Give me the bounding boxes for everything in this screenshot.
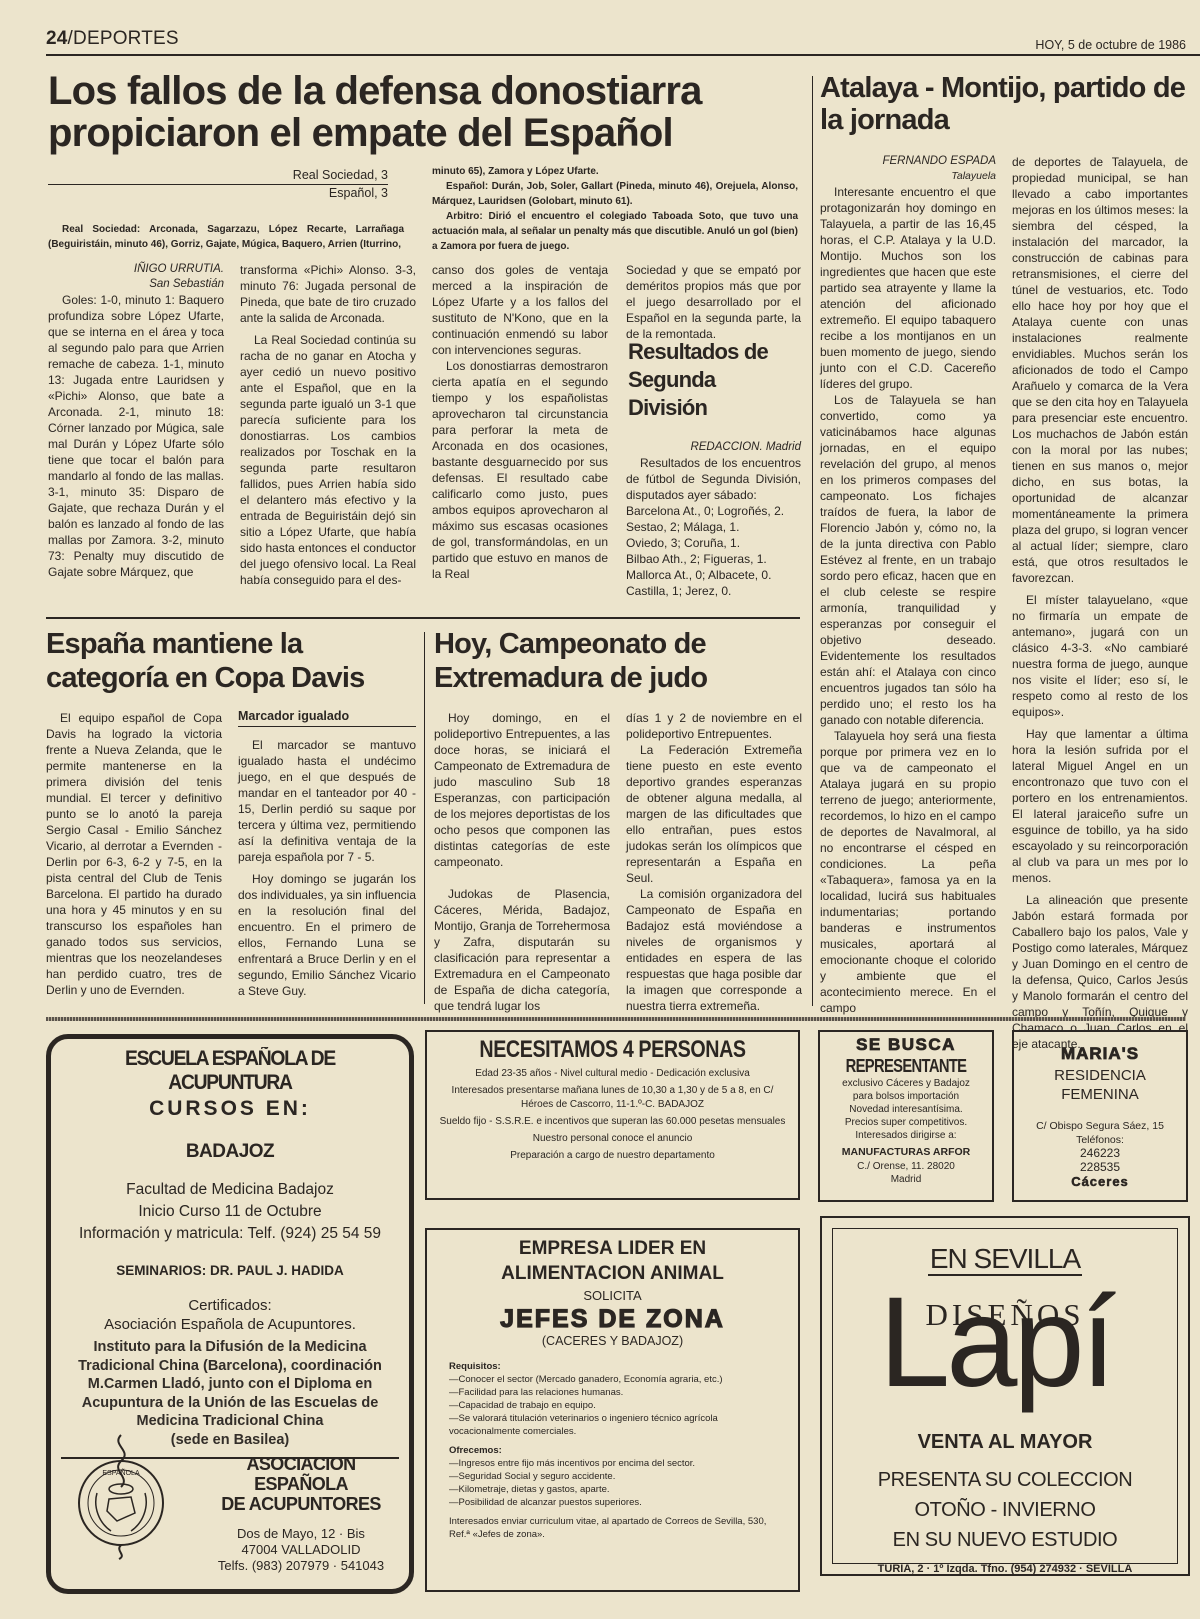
result-item: Barcelona At., 0; Logroñés, 2. xyxy=(626,503,801,519)
ad-marias: MARIA'S RESIDENCIA FEMENINA C/ Obispo Se… xyxy=(1012,1030,1188,1202)
atalaya-headline: Atalaya - Montijo, partido de la jornada xyxy=(820,72,1200,137)
ad-empresa-contacto: Interesados enviar curriculum vitae, al … xyxy=(449,1515,786,1541)
judo-headline: Hoy, Campeonato de Extremadura de judo xyxy=(434,628,794,696)
results-list: Barcelona At., 0; Logroñés, 2. Sestao, 2… xyxy=(626,503,801,599)
score-away: Español, 3 xyxy=(48,184,388,202)
page-section-header: 24/DEPORTES xyxy=(46,28,179,50)
atalaya-byline-place: Talayuela xyxy=(820,169,996,184)
date-line: HOY, 5 de octubre de 1986 xyxy=(1035,38,1186,52)
ad-acup-phones: Telfs. (983) 207979 · 541043 xyxy=(201,1558,401,1574)
ad-acup-subtitle: CURSOS EN: xyxy=(51,1097,409,1121)
ad-lapi-inner-frame: EN SEVILLA Lapí DISEÑOS VENTA AL MAYOR P… xyxy=(832,1228,1178,1564)
association-seal-icon: ESPAÑOLA xyxy=(71,1431,171,1561)
section-rule xyxy=(46,617,800,619)
header-rule xyxy=(46,54,1200,56)
davis-col-2: Marcador igualado El marcador se mantuvo… xyxy=(238,708,416,999)
atalaya-col-2: de deportes de Talayuela, de propiedad m… xyxy=(1012,154,1188,1052)
ad-se-busca: SE BUSCA REPRESENTANTE exclusivo Cáceres… xyxy=(818,1030,994,1202)
byline-name: IÑIGO URRUTIA. xyxy=(48,262,224,277)
judo-col-1: Hoy domingo, en el polideportivo Entrepu… xyxy=(434,710,610,1014)
column-rule xyxy=(812,76,813,1006)
result-item: Mallorca At., 0; Albacete, 0. xyxy=(626,567,801,583)
ads-divider xyxy=(46,1017,1186,1021)
ad-empresa-puesto: JEFES DE ZONA xyxy=(427,1305,798,1334)
main-col-3: canso dos goles de ventaja merced a la i… xyxy=(432,262,608,582)
lineup-block: minuto 65), Zamora y López Ufarte. Españ… xyxy=(432,164,798,254)
ad-acup-phone: Información y matricula: Telf. (924) 25 … xyxy=(51,1223,409,1245)
main-col-2: transforma «Pichi» Alonso. 3-3, minuto 7… xyxy=(240,262,416,588)
ad-nec-title: NECESITAMOS 4 PERSONAS xyxy=(460,1036,764,1064)
ad-acupuntura: ESCUELA ESPAÑOLA DE ACUPUNTURA CURSOS EN… xyxy=(46,1034,414,1594)
ad-disenos-lapi: EN SEVILLA Lapí DISEÑOS VENTA AL MAYOR P… xyxy=(820,1216,1190,1576)
section-name: /DEPORTES xyxy=(68,28,179,49)
atalaya-byline-name: FERNANDO ESPADA xyxy=(820,154,996,169)
davis-headline: España mantiene la categoría en Copa Dav… xyxy=(46,628,416,696)
ad-empresa-jefes-zona: EMPRESA LIDER EN ALIMENTACION ANIMAL SOL… xyxy=(425,1228,800,1592)
resultados-headline: Resultados de Segunda División xyxy=(628,338,798,422)
lineup-real: Real Sociedad: Arconada, Sagarzazu, Lópe… xyxy=(48,222,404,252)
page-number: 24 xyxy=(46,28,68,49)
column-rule xyxy=(424,632,425,1004)
svg-text:ESPAÑOLA: ESPAÑOLA xyxy=(102,1468,140,1477)
ad-necesitamos: NECESITAMOS 4 PERSONAS Edad 23-35 años -… xyxy=(425,1030,800,1200)
atalaya-col-1: FERNANDO ESPADA Talayuela Interesante en… xyxy=(820,154,996,1016)
referee-note: Arbitro: Dirió el encuentro el colegiado… xyxy=(432,209,798,254)
main-headline: Los fallos de la defensa donostiarra pro… xyxy=(48,70,778,154)
result-item: Castilla, 1; Jerez, 0. xyxy=(626,583,801,599)
davis-subhead: Marcador igualado xyxy=(238,708,416,727)
main-col-4: Sociedad y que se empató por deméritos p… xyxy=(626,262,801,342)
ad-acup-city: BADAJOZ xyxy=(51,1141,409,1163)
result-item: Oviedo, 3; Coruña, 1. xyxy=(626,535,801,551)
resultados-body: REDACCION. Madrid Resultados de los encu… xyxy=(626,440,801,599)
main-col-1: IÑIGO URRUTIA. San Sebastián Goles: 1-0,… xyxy=(48,262,224,580)
lineup-espanol: Español: Durán, Job, Soler, Gallart (Pin… xyxy=(432,179,798,209)
ad-lapi-address: TURIA, 2 · 1º Izqda. Tfno. (954) 274932 … xyxy=(833,1563,1177,1575)
ad-acup-association: ASOCIACION ESPAÑOLA DE ACUPUNTORES Dos d… xyxy=(201,1454,401,1574)
result-item: Bilbao Ath., 2; Figueras, 1. xyxy=(626,551,801,567)
davis-col-1: El equipo español de Copa Davis ha logra… xyxy=(46,710,222,998)
result-item: Sestao, 2; Málaga, 1. xyxy=(626,519,801,535)
ad-empresa-requisitos: Requisitos: —Conocer el sector (Mercado … xyxy=(449,1360,786,1541)
score-divider xyxy=(48,184,388,185)
ad-acup-title: ESCUELA ESPAÑOLA DE ACUPUNTURA xyxy=(65,1047,394,1095)
judo-col-2: días 1 y 2 de noviembre en el polideport… xyxy=(626,710,802,1014)
score-home: Real Sociedad, 3 xyxy=(48,166,388,184)
resultados-byline: REDACCION. Madrid xyxy=(626,440,801,455)
byline-place: San Sebastián xyxy=(48,277,224,292)
